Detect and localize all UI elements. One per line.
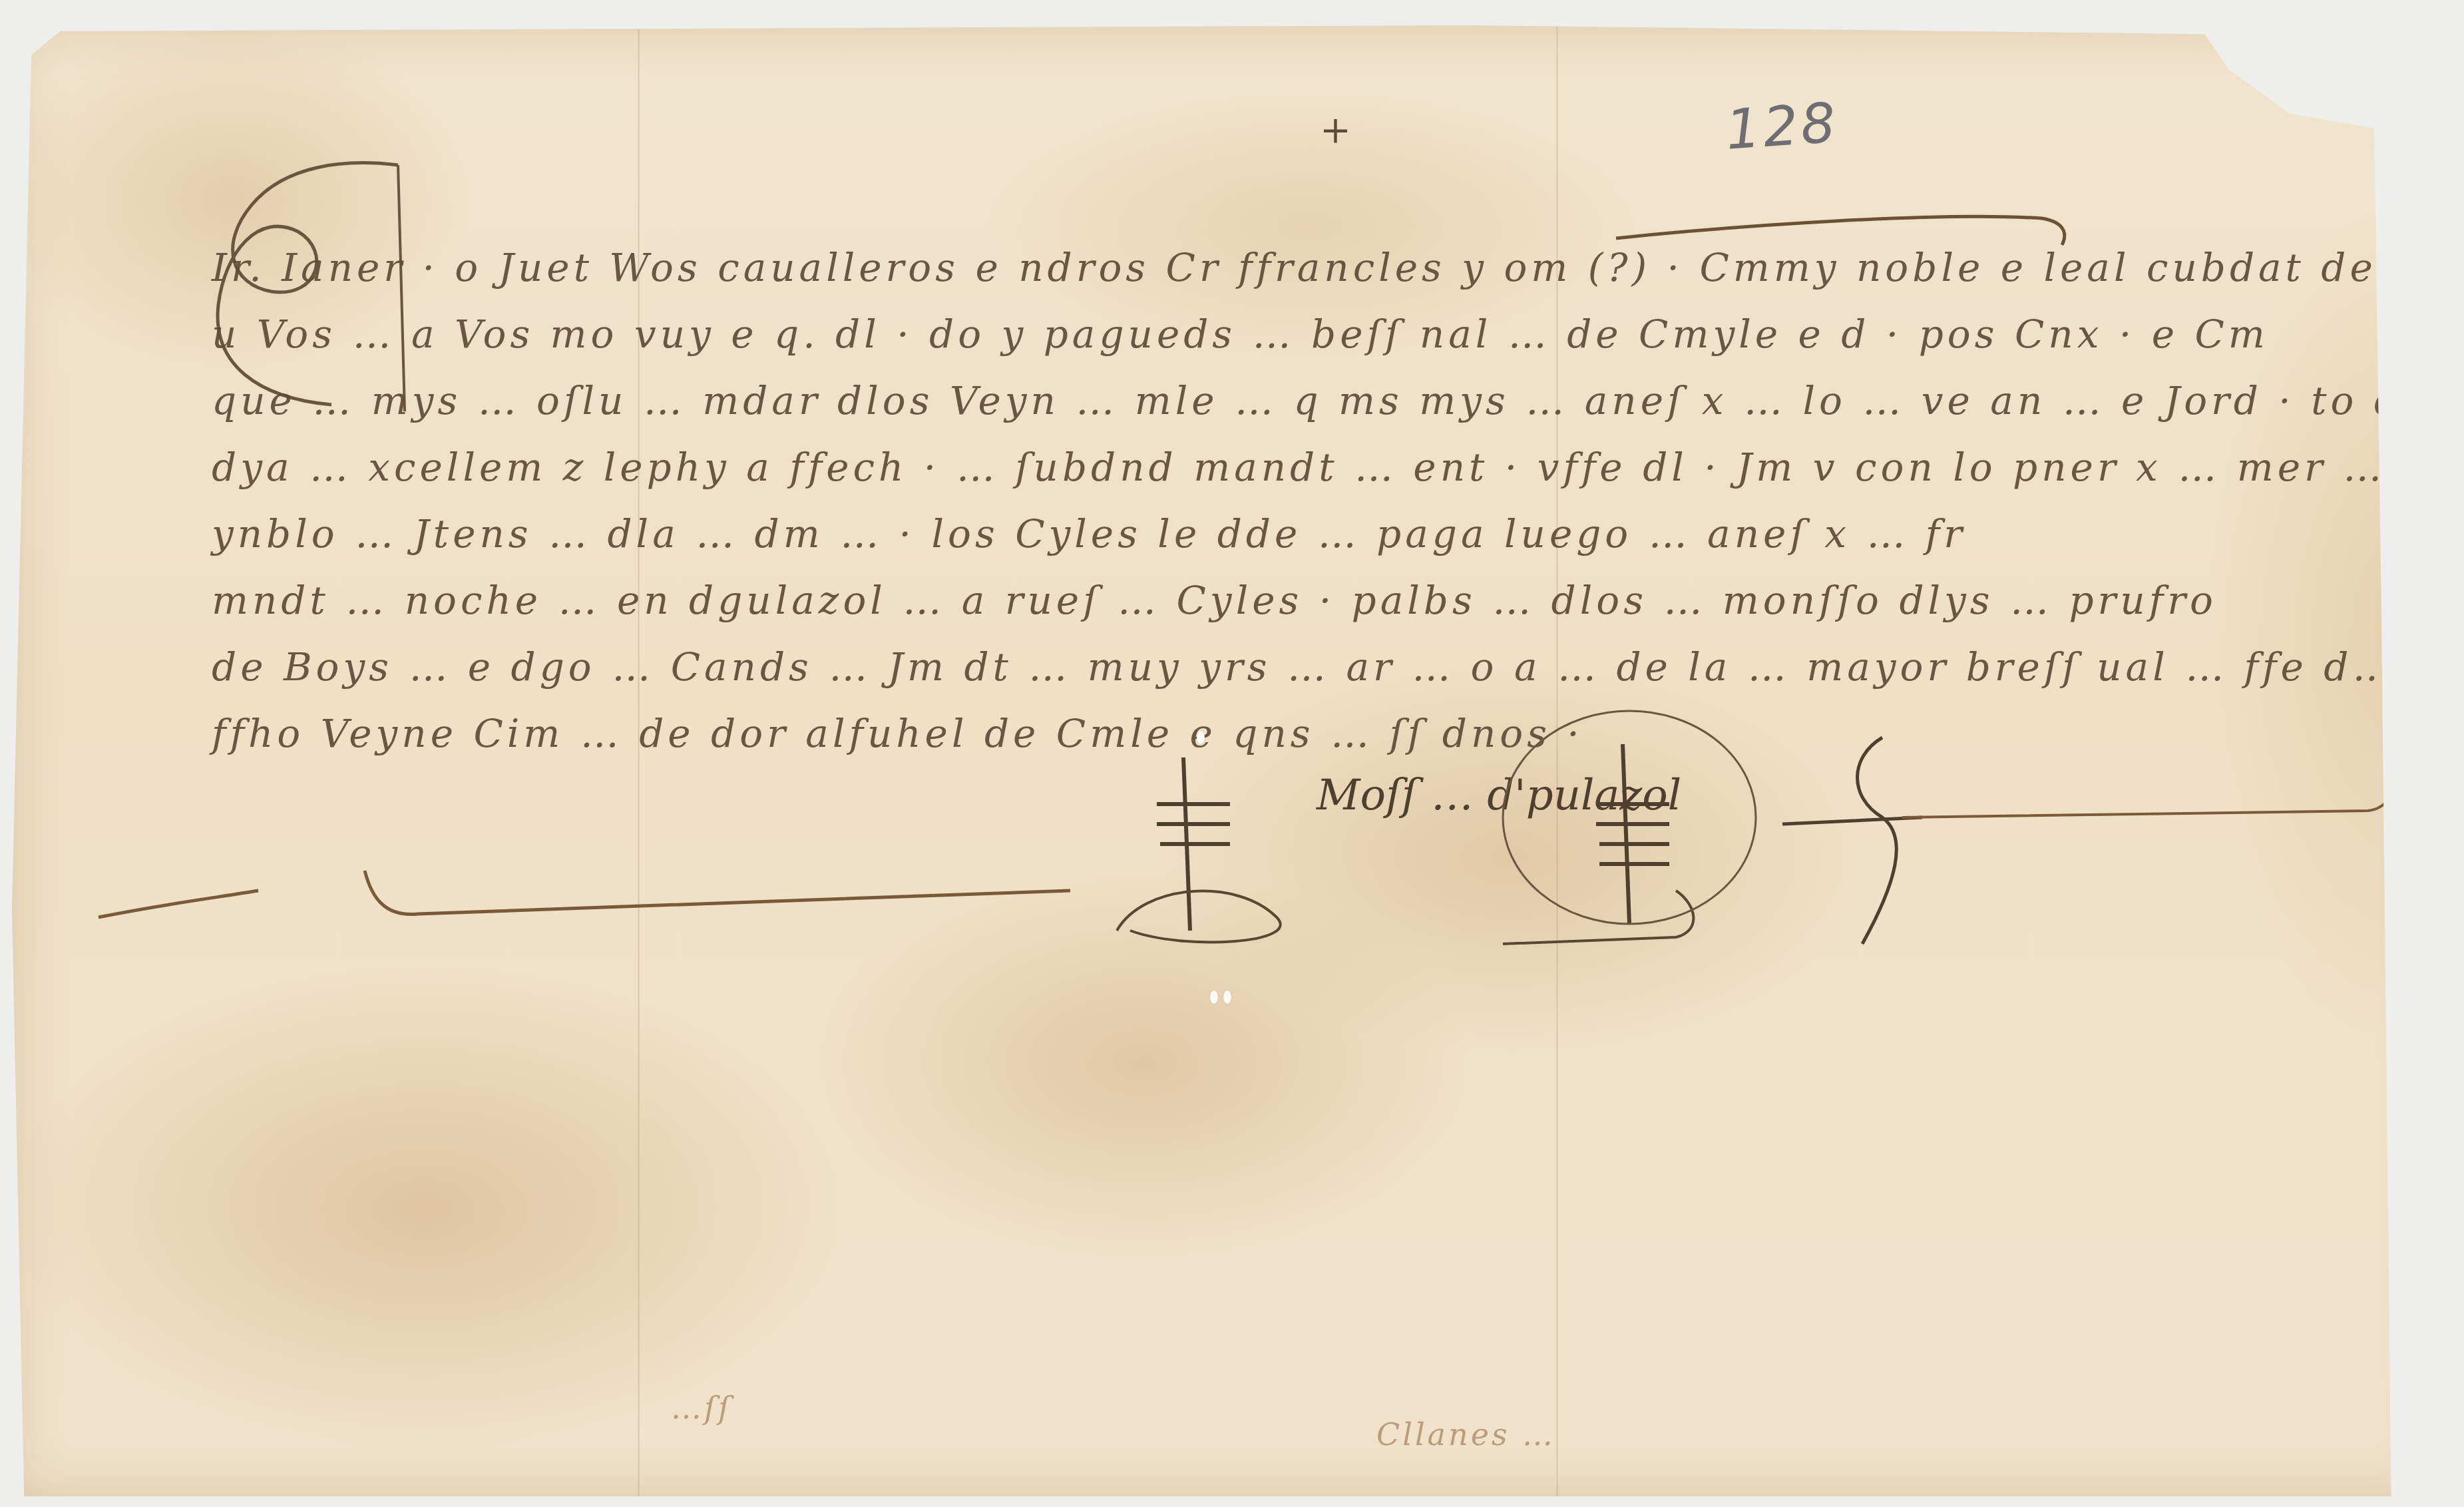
manuscript-line: ffho Veyne Cim … de dor alfuhel de Cmle … bbox=[212, 711, 1583, 756]
bracket-flourish bbox=[1609, 172, 2075, 252]
manuscript-sheet: + 128 Ir. Ianer · o Juet Wos caualleros … bbox=[12, 25, 2435, 1496]
manuscript-line: de Boys … e dgo … Cands … Jm dt … muy yr… bbox=[212, 644, 2395, 690]
closing-rule-right bbox=[1889, 791, 2435, 871]
manuscript-line: mndt … noche … en dgulazol … a rueſ … Cy… bbox=[212, 578, 2217, 623]
manuscript-line: Ir. Ianer · o Juet Wos caualleros e ndro… bbox=[212, 245, 2464, 290]
manuscript-line: dya … xcellem z lephy a ffech · … ſubdnd… bbox=[212, 445, 2385, 490]
closing-rule-left bbox=[85, 844, 1150, 937]
pinhole bbox=[1210, 990, 1218, 1004]
pinhole bbox=[1197, 731, 1205, 744]
faded-note-center: Cllanes … bbox=[1376, 1416, 1555, 1452]
folio-number: 128 bbox=[1724, 91, 1840, 162]
pinhole bbox=[1223, 990, 1231, 1004]
manuscript-line: ynblo … Jtens … dla … dm … · los Cyles l… bbox=[212, 511, 1966, 556]
manuscript-line: que … mys … oſlu … mdar dlos Veyn … mle … bbox=[212, 378, 2464, 423]
manuscript-line: u Vos … a Vos mo vuy e q. dl · do y pagu… bbox=[212, 312, 2269, 357]
signature-name: Moſſ … d'pulazol bbox=[1317, 771, 1681, 820]
faded-note-left: …ſſ bbox=[671, 1390, 732, 1426]
cross-mark: + bbox=[1320, 108, 1351, 152]
signature-flourish-right bbox=[1769, 718, 1982, 957]
signature-flourish-left bbox=[1104, 731, 1356, 951]
